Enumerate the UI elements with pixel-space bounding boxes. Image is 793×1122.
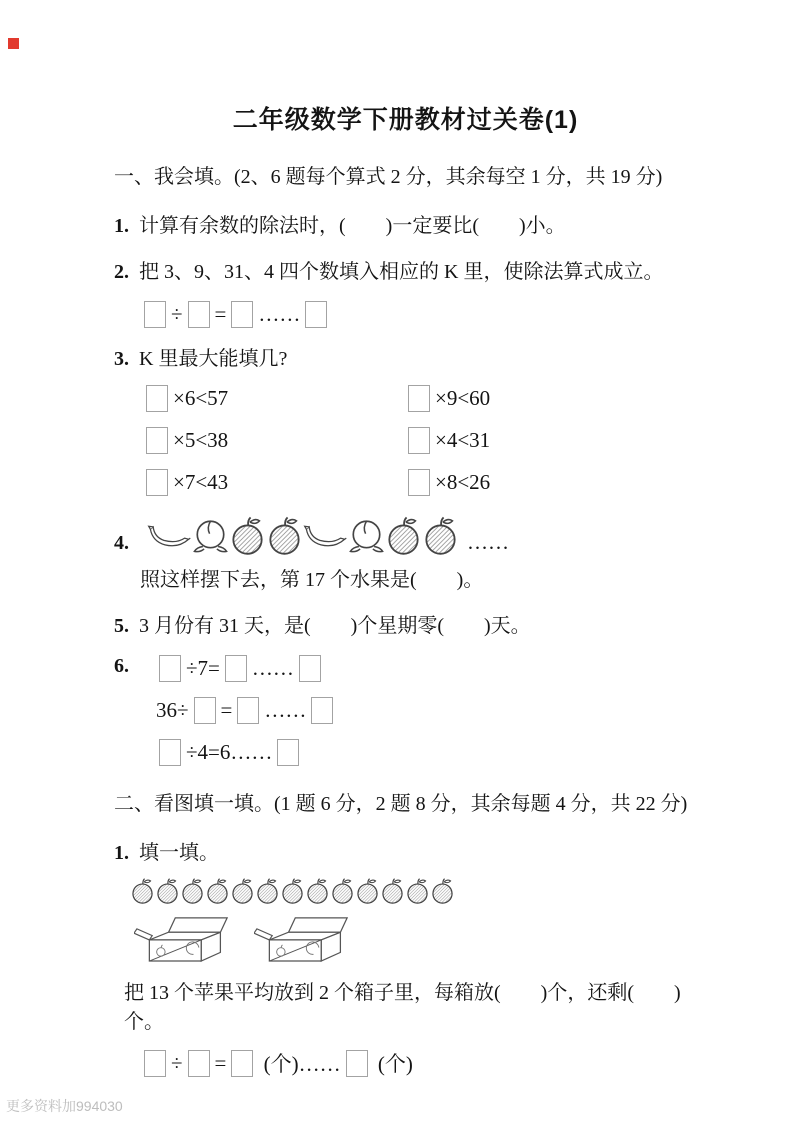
apple-icon: [380, 877, 405, 904]
apple-icon: [130, 877, 155, 904]
equation-text: ×7<43: [172, 470, 229, 495]
division-equation: ÷=……: [140, 301, 697, 328]
blank-box: [144, 1050, 166, 1077]
question-text: 3 月份有 31 天，是( )个星期零( )天。: [139, 609, 531, 638]
peach-icon: [348, 517, 385, 555]
apple-icon: [280, 877, 305, 904]
blank-box: [305, 301, 327, 328]
division-equation: ÷= (个)…… (个): [140, 1048, 697, 1078]
question-1-2: 2. 把 3、9、31、4 四个数填入相应的 K 里，使除法算式成立。: [114, 255, 697, 284]
blank-box: [146, 385, 168, 412]
division-equation: ÷7=……: [155, 655, 337, 682]
equation-text: ×9<60: [434, 386, 491, 411]
question-1-6: 6. ÷7=…… 36÷=…… ÷4=6……: [114, 655, 697, 781]
blank-box: [237, 697, 259, 724]
inequality-item: ×7<43: [142, 469, 404, 496]
inequality-item: ×8<26: [404, 469, 491, 496]
pattern-ellipsis: ……: [467, 530, 509, 555]
apple-icon: [205, 877, 230, 904]
question-number: 1.: [114, 215, 129, 238]
blank-box: [188, 301, 210, 328]
division-equation: ÷4=6……: [155, 739, 337, 766]
blank-box: [408, 427, 430, 454]
open-box-icon: [254, 910, 350, 966]
equation-text: ……: [257, 302, 301, 327]
question-2-1: 1. 填一填。: [114, 836, 697, 865]
question-text: 照这样摆下去，第 17 个水果是( )。: [140, 563, 483, 592]
apple-icon: [155, 877, 180, 904]
blank-box: [231, 301, 253, 328]
section1-heading: 一、我会填。(2、6 题每个算式 2 分，其余每空 1 分，共 19 分): [114, 160, 697, 189]
question-number: 6.: [114, 655, 129, 678]
division-equation: 36÷=……: [155, 697, 337, 724]
apple-icon: [230, 877, 255, 904]
equation-text: =: [220, 698, 234, 723]
equation-text: ÷: [170, 302, 184, 327]
apple-icon: [180, 877, 205, 904]
blank-box: [188, 1050, 210, 1077]
equation-text: ……: [251, 656, 295, 681]
equation-text: =: [214, 302, 228, 327]
worksheet-content: 二年级数学下册教材过关卷(1) 一、我会填。(2、6 题每个算式 2 分，其余每…: [0, 0, 793, 1078]
inequality-item: ×5<38: [142, 427, 404, 454]
blank-box: [346, 1050, 368, 1077]
equation-text: ×4<31: [434, 428, 491, 453]
question-1-4: 4. ……: [114, 515, 697, 555]
apple-icon: [422, 515, 459, 555]
apple-icon: [266, 515, 303, 555]
banana-icon: [303, 519, 348, 555]
equation-stack: ÷7=…… 36÷=…… ÷4=6……: [139, 655, 337, 781]
section2-heading: 二、看图填一填。(1 题 6 分，2 题 8 分，其余每题 4 分，共 22 分…: [114, 787, 697, 816]
blank-box: [146, 469, 168, 496]
apple-icon: [305, 877, 330, 904]
equation-text: ×5<38: [172, 428, 229, 453]
boxes-illustration: [134, 910, 697, 966]
blank-box: [144, 301, 166, 328]
blank-box: [408, 385, 430, 412]
red-mark: [8, 38, 19, 49]
blank-box: [277, 739, 299, 766]
peach-icon: [192, 517, 229, 555]
equation-text: ÷: [170, 1051, 184, 1076]
apple-icon: [385, 515, 422, 555]
question-text: 计算有余数的除法时，( )一定要比( )小。: [139, 209, 566, 238]
question-1-5: 5. 3 月份有 31 天，是( )个星期零( )天。: [114, 609, 697, 638]
blank-box: [194, 697, 216, 724]
worksheet-page: 二年级数学下册教材过关卷(1) 一、我会填。(2、6 题每个算式 2 分，其余每…: [0, 0, 793, 1122]
blank-box: [225, 655, 247, 682]
equation-text: ÷7=: [185, 656, 221, 681]
equation-text: ÷4=6……: [185, 740, 273, 765]
question-caption: 把 13 个苹果平均放到 2 个箱子里，每箱放( )个，还剩( )个。: [124, 976, 697, 1034]
blank-box: [146, 427, 168, 454]
open-box-icon: [134, 910, 230, 966]
equation-text: =: [214, 1051, 228, 1076]
inequality-grid: ×6<57 ×9<60 ×5<38 ×4<31 ×7<43 ×8<26: [142, 385, 697, 496]
question-number: 1.: [114, 842, 129, 865]
apple-icon: [229, 515, 266, 555]
inequality-item: ×9<60: [404, 385, 491, 412]
fruit-pattern-row: [147, 515, 459, 555]
question-text: 把 3、9、31、4 四个数填入相应的 K 里，使除法算式成立。: [139, 255, 663, 284]
blank-box: [408, 469, 430, 496]
question-1-4-text: 照这样摆下去，第 17 个水果是( )。: [140, 563, 697, 592]
question-1-3: 3. K 里最大能填几?: [114, 342, 697, 371]
equation-text: ×8<26: [434, 470, 491, 495]
blank-box: [231, 1050, 253, 1077]
apple-icon: [355, 877, 380, 904]
equation-text: (个)……: [257, 1048, 341, 1078]
blank-box: [159, 739, 181, 766]
blank-box: [311, 697, 333, 724]
apple-icon: [430, 877, 455, 904]
question-text: 填一填。: [139, 836, 219, 865]
banana-icon: [147, 519, 192, 555]
inequality-item: ×4<31: [404, 427, 491, 454]
blank-box: [299, 655, 321, 682]
apples-illustration: [130, 877, 697, 904]
page-title: 二年级数学下册教材过关卷(1): [114, 100, 697, 136]
question-number: 4.: [114, 532, 129, 555]
apple-icon: [330, 877, 355, 904]
question-number: 5.: [114, 615, 129, 638]
question-1-1: 1. 计算有余数的除法时，( )一定要比( )小。: [114, 209, 697, 238]
watermark-text: 更多资料加994030: [6, 1096, 123, 1116]
equation-text: (个): [372, 1048, 414, 1078]
apple-icon: [255, 877, 280, 904]
question-number: 3.: [114, 348, 129, 371]
inequality-item: ×6<57: [142, 385, 404, 412]
equation-text: 36÷: [155, 698, 190, 723]
question-number: 2.: [114, 261, 129, 284]
blank-box: [159, 655, 181, 682]
equation-text: ……: [263, 698, 307, 723]
equation-text: ×6<57: [172, 386, 229, 411]
apple-icon: [405, 877, 430, 904]
question-text: K 里最大能填几?: [139, 342, 287, 371]
